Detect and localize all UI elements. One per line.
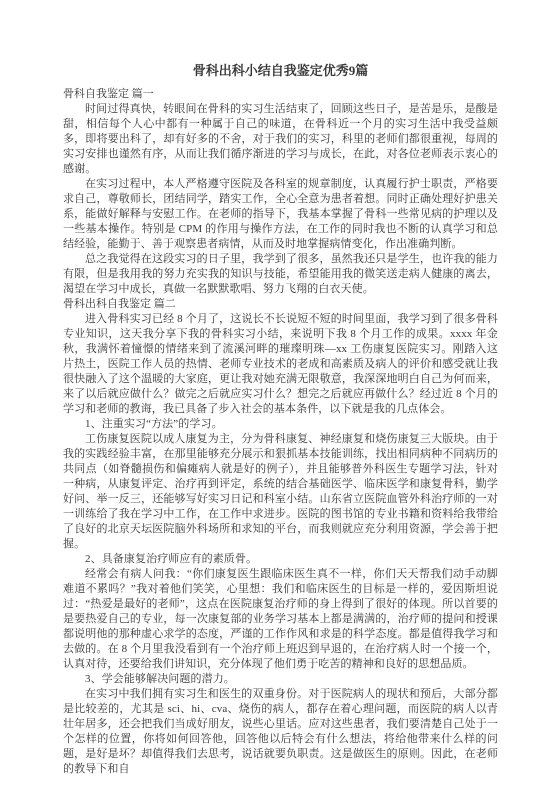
list-item-heading-1: 1、注重实习“方法”的学习。 [63,417,498,432]
paragraph: 在实习中我们拥有实习生和医生的双重身份。对于医院病人的现状和预后，大部分都是比较… [63,687,498,777]
list-item-heading-3: 3、学会能够解决问题的潜力。 [63,672,498,687]
paragraph: 总之我觉得在这段实习的日子里，我学到了很多，虽然我还只是学生，也许我的能力有限，… [63,252,498,297]
list-item-heading-2: 2、具备康复治疗师应有的素质骨。 [63,552,498,567]
paragraph: 工伤康复医院以成人康复为主，分为骨科康复、神经康复和烧伤康复三大版块。由于我的实… [63,432,498,552]
document-title: 骨科出科小结自我鉴定优秀9篇 [63,62,498,80]
section-heading-2: 骨科出科自我鉴定 篇二 [63,297,498,312]
paragraph: 进入骨科实习已经 8 个月了，这说长不长说短不短的时间里面，我学习到了很多骨科专… [63,312,498,417]
document-page: 骨科出科小结自我鉴定优秀9篇 骨科自我鉴定 篇一 时间过得真快，转眼间在骨科的实… [0,0,560,792]
section-heading-1: 骨科自我鉴定 篇一 [63,87,498,102]
paragraph: 时间过得真快，转眼间在骨科的实习生活结束了，回顾这些日子，是苦是乐，是酸是甜，相… [63,102,498,177]
paragraph: 在实习过程中，本人严格遵守医院及各科室的规章制度，认真履行护士职责，严格要求自己… [63,177,498,252]
paragraph: 经常会有病人问我：“你们康复医生跟临床医生真不一样，你们天天帮我们动手动脚难道不… [63,567,498,672]
